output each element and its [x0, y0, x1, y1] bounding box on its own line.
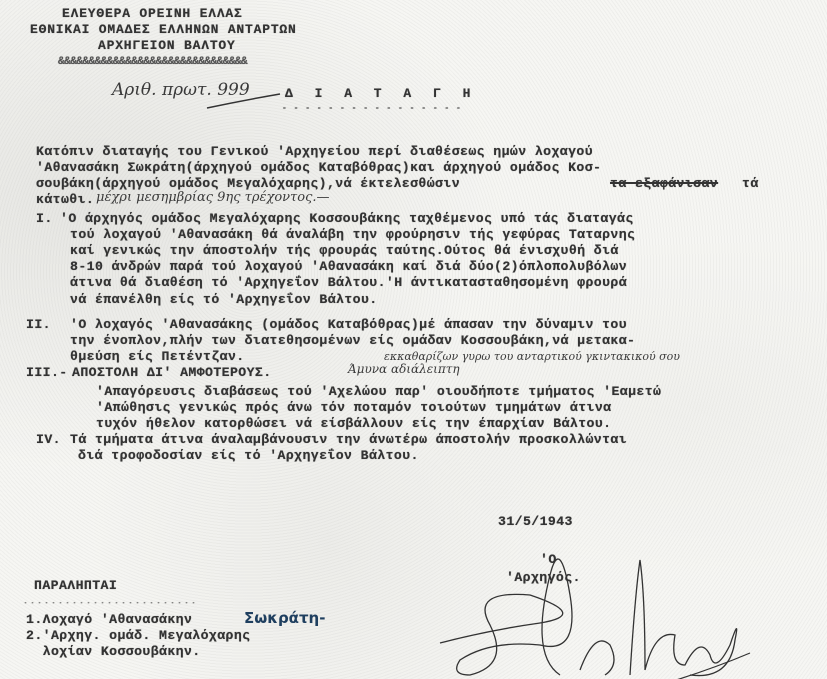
intro-line-3: σουβάκη(άρχηγού ομάδος Μεγαλόχαρης),νά έ…: [36, 176, 460, 191]
intro-line-4: κάτωθι.: [36, 192, 94, 207]
header-line-1: ΕΛΕΥΘΕΡΑ ΟΡΕΙΝΗ ΕΛΛΑΣ: [62, 6, 243, 21]
item-1-numeral: I.: [36, 211, 53, 226]
document-title: Δ Ι Α Τ Α Γ Η: [285, 86, 477, 101]
item-3-heading: ΑΠΟΣΤΟΛΗ ΔΙ' ΑΜΦΟΤΕΡΟΥΣ.: [72, 365, 272, 380]
intro-handwritten-addition: μέχρι μεσημβρίας 9ης τρέχοντος.—: [96, 190, 329, 205]
title-underline: - - - - - - - - - - - - - - - -: [282, 104, 462, 113]
recipient-1-typed: 1.Λοχαγό 'Αθανασάκην: [26, 612, 192, 627]
item-2-numeral: II.: [26, 317, 51, 332]
item-1-line-4: 8-10 άνδρών παρά τού λοχαγού 'Αθανασάκη …: [70, 259, 627, 274]
item-2-line-2: την ένοπλον,πλήν των διατεθησομένων είς …: [70, 333, 635, 348]
item-1-line-3: καί γενικώς την άποστολήν τής φρουράς τα…: [70, 243, 619, 258]
item-3-numeral: III.-: [26, 365, 68, 380]
item-4-numeral: IV.: [36, 432, 61, 447]
recipient-2-typed: 2.'Αρχηγ. ομάδ. Μεγαλόχαρης: [26, 628, 250, 643]
item-4-line-2: διά τροφοδοσίαν είς τό 'Αρχηγεΐον Βάλτου…: [78, 448, 419, 463]
recipients-rule: - - - - - - - - - - - - - - - - - - - - …: [24, 600, 196, 606]
item-1-line-2: τού λοχαγού 'Αθανασάκη θά άναλάβη την φρ…: [70, 227, 635, 242]
item-3-line-3: τυχόν ήθελον κατορθώσει νά είσβάλλουν εί…: [96, 416, 611, 431]
header-ornament: &&&&&&&&&&&&&&&&&&&&&&&&&&&&&&&: [58, 56, 247, 68]
header-line-2: ΕΘΝΙΚΑΙ ΟΜΑΔΕΣ ΕΛΛΗΝΩΝ ΑΝΤΑΡΤΩΝ: [30, 22, 297, 37]
item-4-line-1: Τά τμήματα άτινα άναλαμβάνουσιν την άνωτ…: [70, 432, 627, 447]
recipients-heading: ΠΑΡΑΛΗΠΤΑΙ: [34, 578, 117, 593]
item-3-handwritten-addition: Άμυνα αδιάλειπτη: [348, 362, 460, 376]
item-1-line-1: 'Ο άρχηγός ομάδος Μεγαλόχαρης Κοσσουβάκη…: [60, 211, 634, 226]
handwritten-underline: [205, 90, 285, 110]
item-1-line-6: νά έπανέλθη είς τό 'Αρχηγεΐον Βάλτου.: [70, 292, 378, 307]
document-date: 31/5/1943: [498, 514, 573, 529]
item-3-line-1: 'Απαγόρευσις διαβάσεως τού 'Αχελώου παρ'…: [96, 384, 661, 399]
recipient-3-typed: λοχίαν Κοσσουβάκην.: [26, 644, 201, 659]
intro-struck-suffix: τά: [742, 176, 759, 191]
recipient-1-handwritten: Σωκράτη-: [244, 609, 325, 627]
intro-struck-text: τα εξαφάνισαν: [610, 176, 718, 191]
header-line-3: ΑΡΧΗΓΕΙΟΝ ΒΑΛΤΟΥ: [98, 38, 236, 53]
item-3-line-2: 'Απώθησις γενικώς πρός άνω τόν ποταμόν τ…: [96, 400, 611, 415]
intro-line-2: 'Αθανασάκη Σωκράτη(άρχηγού ομάδος Καταβό…: [36, 160, 601, 175]
item-2-line-3: θμεύση είς Πετέντζαν.: [70, 349, 245, 364]
intro-line-1: Κατόπιν διαταγής του Γενικού 'Αρχηγείου …: [36, 144, 593, 159]
item-2-line-1: 'Ο λοχαγός 'Αθανασάκης (ομάδος Καταβόθρα…: [70, 317, 627, 332]
signature: [430, 535, 770, 679]
item-1-line-5: άτινα θά διαθέση τό 'Αρχηγεΐον Βάλτου.'Η…: [70, 275, 627, 290]
